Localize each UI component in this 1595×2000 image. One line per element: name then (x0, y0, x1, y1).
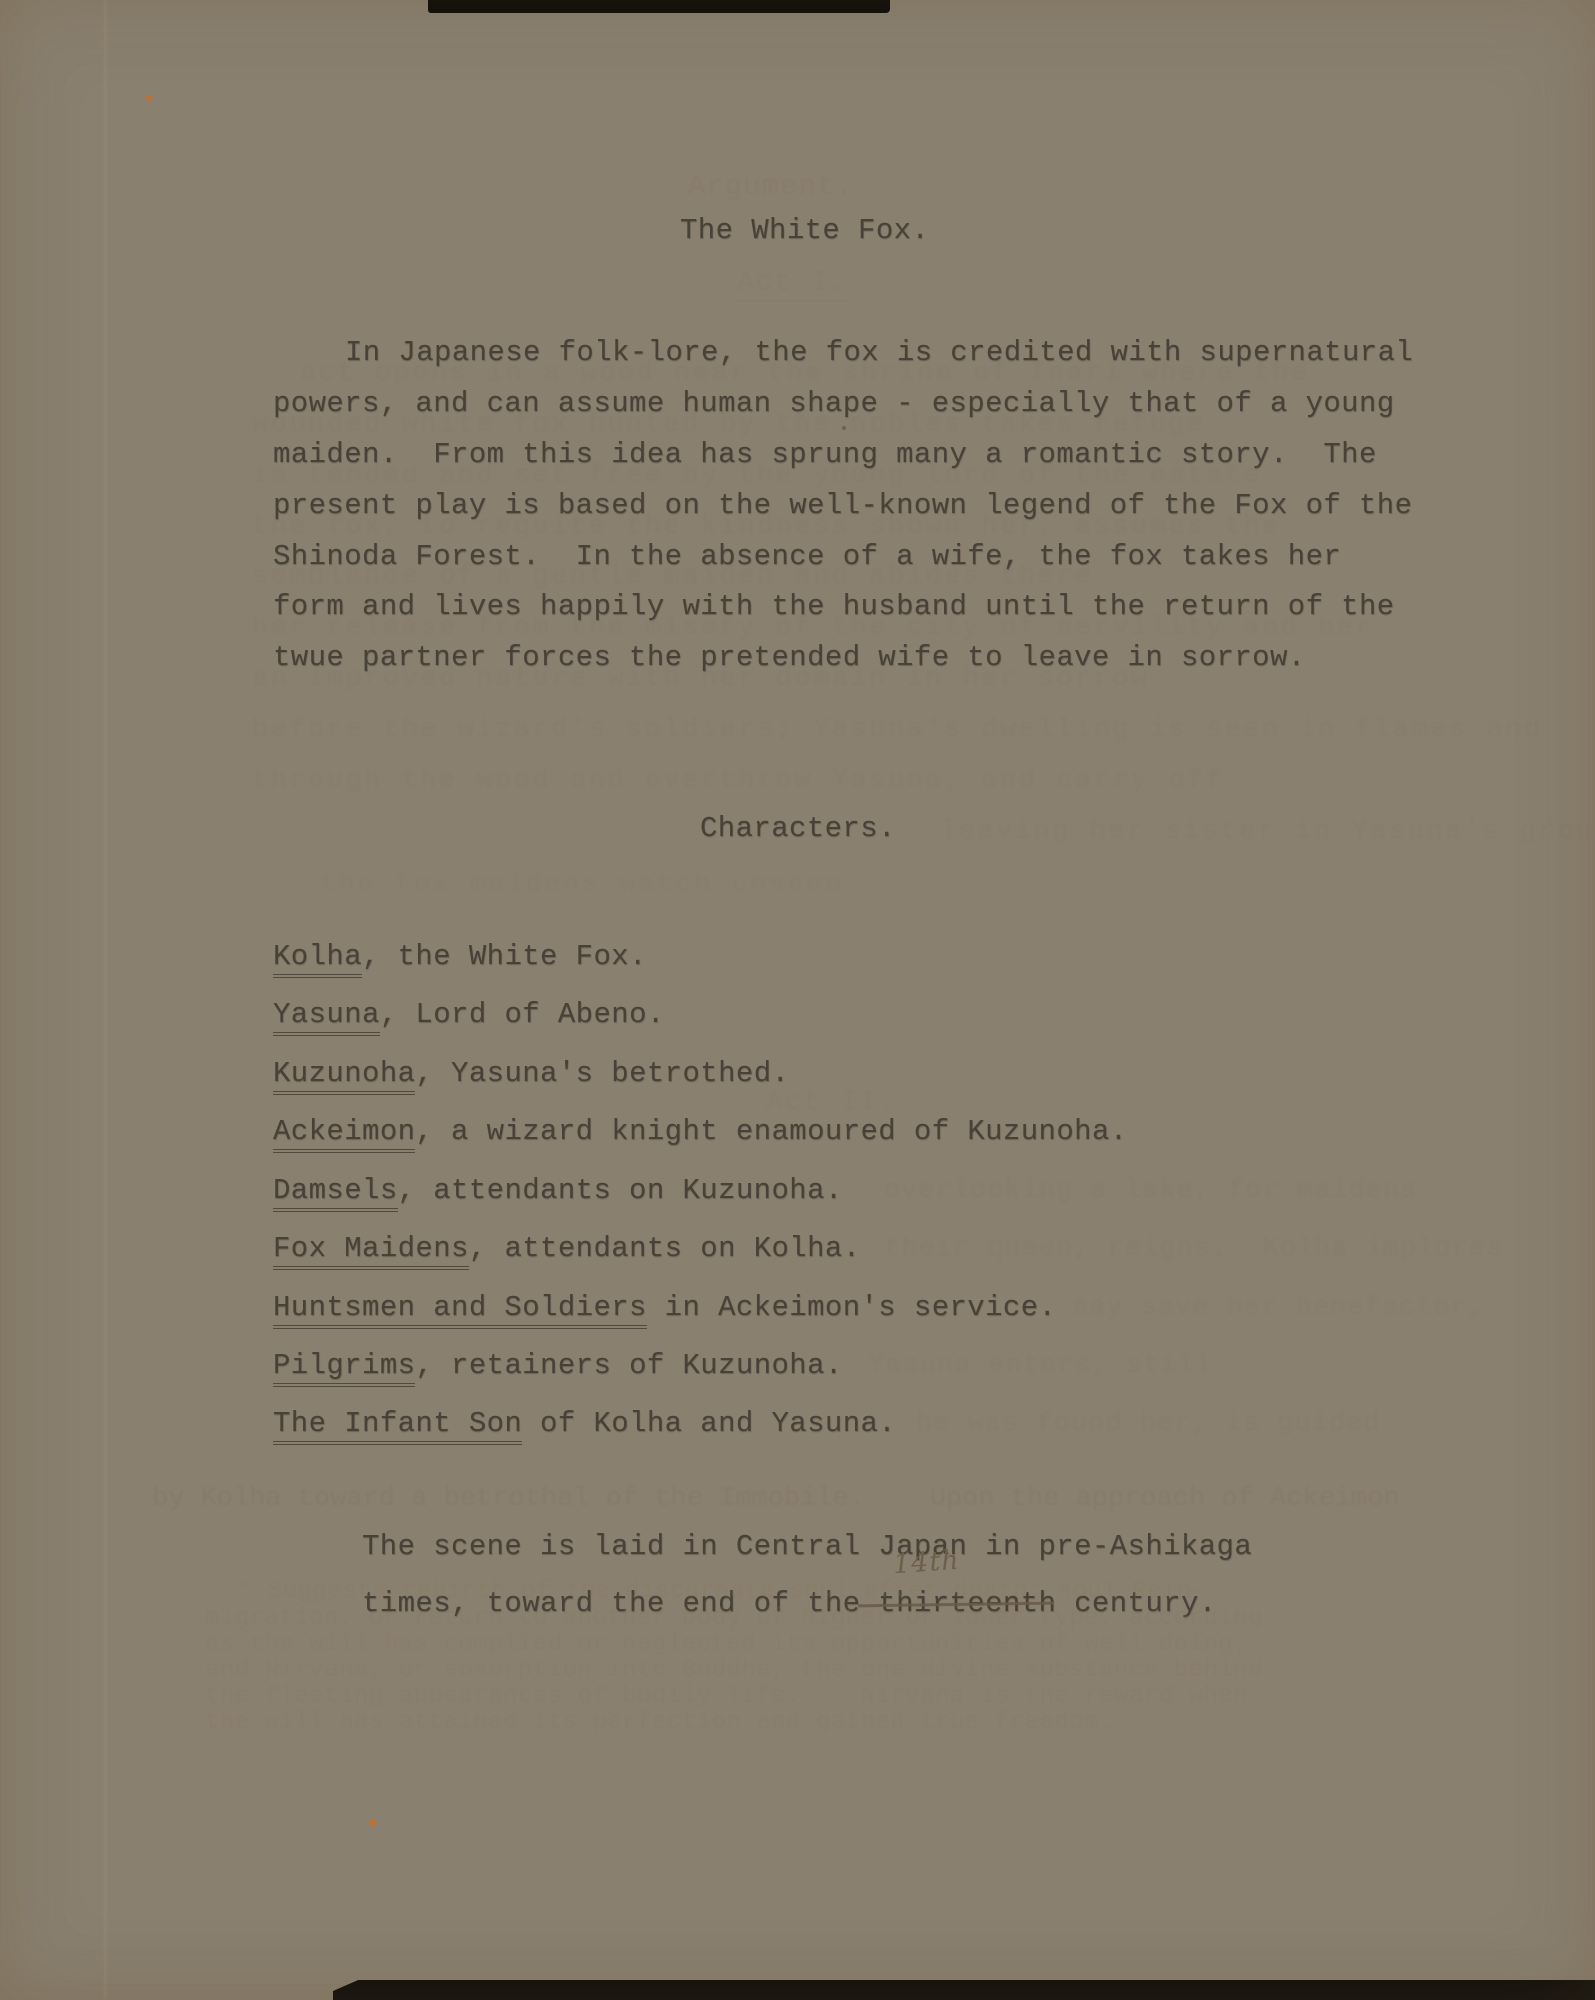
paragraph-line: In Japanese folk-lore, the fox is credit… (345, 334, 1413, 371)
character-name: Damsels (273, 1174, 398, 1212)
ghost-act1-heading: Act I. (737, 266, 847, 299)
ghost-line: through the wood and overthrow Yasuna, a… (252, 766, 1225, 796)
paragraph-line: maiden. From this idea has sprung many a… (273, 436, 1377, 473)
ghost-line: before the wizard's soldiers; Yasuna's d… (252, 715, 1542, 745)
character-description: of Kolha and Yasuna. (522, 1407, 896, 1440)
character-description: , Yasuna's betrothed. (415, 1057, 789, 1090)
character-description: , Lord of Abeno. (380, 998, 665, 1031)
paragraph-line: Shinoda Forest. In the absence of a wife… (273, 538, 1341, 575)
ghost-line: Yasuna enters, still (868, 1351, 1212, 1381)
character-name: Pilgrims (273, 1349, 415, 1387)
ghost-footnote-line: and Nirvana, or absorption into Buddha, … (205, 1657, 1263, 1684)
ghost-line: say save her benefactor, (1072, 1293, 1485, 1323)
ghost-line: he was found her, is guided (916, 1409, 1380, 1439)
scene-note-line-1: The scene is laid in Central Japan in pr… (362, 1528, 1252, 1565)
character-name: Fox Maidens (273, 1232, 469, 1270)
character-name: Yasuna (273, 998, 380, 1036)
ghost-footnote-line: migration, or return to another body of … (205, 1605, 1263, 1632)
paragraph-line: twue partner forces the pretended wife t… (273, 639, 1306, 676)
characters-heading: Characters. (700, 810, 896, 847)
scan-edge-bottom (333, 1980, 1595, 2000)
paragraph-line: form and lives happily with the husband … (273, 588, 1395, 625)
character-entry: Kuzunoha, Yasuna's betrothed. (273, 1055, 789, 1092)
ghost-act1-text: Act I. (737, 266, 847, 302)
ghost-footnote-line: the will has attained its perfection and… (205, 1709, 1114, 1736)
handwritten-correction: 14th (892, 1545, 961, 1581)
character-entry: Fox Maidens, attendants on Kolha. (273, 1230, 861, 1267)
character-entry: Ackeimon, a wizard knight enamoured of K… (273, 1113, 1128, 1150)
character-description: , attendants on Kolha. (469, 1232, 861, 1265)
ghost-footnote-line: as the will has complied or neglected it… (205, 1631, 1248, 1658)
paper-crease (104, 0, 107, 2000)
paragraph-line: present play is based on the well-known … (273, 487, 1412, 524)
character-entry: Yasuna, Lord of Abeno. (273, 996, 665, 1033)
character-entry: Huntsmen and Soldiers in Ackeimon's serv… (273, 1289, 1056, 1326)
paragraph-line: powers, and can assume human shape - esp… (273, 385, 1395, 422)
ghost-line: leaving her sister in Yasuna's group. (940, 817, 1595, 847)
character-description: in Ackeimon's service. (647, 1291, 1056, 1324)
character-name: Kolha (273, 940, 362, 978)
character-entry: Damsels, attendants on Kuzunoha. (273, 1172, 843, 1209)
scanned-manuscript-page: Argument. The White Fox. Act I. act open… (0, 0, 1595, 2000)
ghost-footnote-line: * Suggests rebirth of the discarnate sou… (238, 1578, 1207, 1605)
page-title: The White Fox. (680, 212, 929, 249)
character-entry: Kolha, the White Fox. (273, 938, 647, 975)
ghost-line: overlooking a lake, for maidens (884, 1176, 1417, 1206)
ghost-separator-line: by Kolha toward a betrothal of the Immob… (152, 1484, 1400, 1514)
ghost-line: the fox maidens watch unseen (320, 870, 844, 900)
character-entry: The Infant Son of Kolha and Yasuna. (273, 1405, 896, 1442)
character-name: Ackeimon (273, 1115, 415, 1153)
orange-speck (369, 1819, 376, 1826)
character-entry: Pilgrims, retainers of Kuzunoha. (273, 1347, 843, 1384)
orange-speck (146, 95, 152, 101)
character-description: , retainers of Kuzunoha. (415, 1349, 842, 1382)
ghost-footnote-line: the fleeting appearances of bodily life.… (205, 1683, 1248, 1710)
character-description: , the White Fox. (362, 940, 647, 973)
character-description: , a wizard knight enamoured of Kuzunoha. (415, 1115, 1127, 1148)
character-name: Huntsmen and Soldiers (273, 1291, 647, 1329)
character-description: , attendants on Kuzunoha. (398, 1174, 843, 1207)
scan-edge-top (428, 0, 890, 13)
character-name: The Infant Son (273, 1407, 522, 1445)
ghost-argument-heading: Argument. (688, 170, 854, 203)
ghost-line: their queen, reigns. Kolha implores (884, 1234, 1503, 1264)
ink-fleck (842, 426, 846, 430)
character-name: Kuzunoha (273, 1057, 415, 1095)
